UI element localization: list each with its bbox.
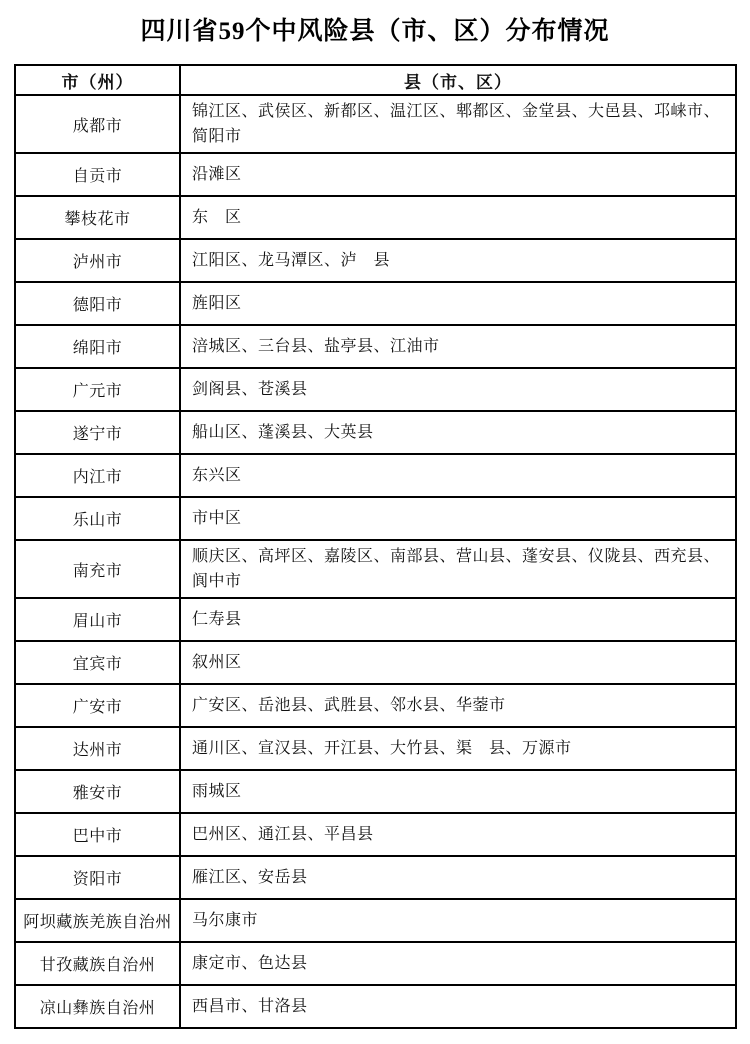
table-row: 南充市顺庆区、高坪区、嘉陵区、南部县、营山县、蓬安县、仪陇县、西充县、阆中市 [15, 540, 736, 598]
city-cell: 成都市 [15, 95, 180, 153]
city-cell: 内江市 [15, 454, 180, 497]
county-cell: 雨城区 [180, 770, 736, 813]
county-cell: 康定市、色达县 [180, 942, 736, 985]
table-row: 遂宁市船山区、蓬溪县、大英县 [15, 411, 736, 454]
table-row: 凉山彝族自治州西昌市、甘洛县 [15, 985, 736, 1028]
city-cell: 眉山市 [15, 598, 180, 641]
county-cell: 仁寿县 [180, 598, 736, 641]
city-cell: 阿坝藏族羌族自治州 [15, 899, 180, 942]
city-cell: 南充市 [15, 540, 180, 598]
county-cell: 雁江区、安岳县 [180, 856, 736, 899]
city-cell: 广元市 [15, 368, 180, 411]
table-row: 宜宾市叙州区 [15, 641, 736, 684]
county-cell: 船山区、蓬溪县、大英县 [180, 411, 736, 454]
county-cell: 江阳区、龙马潭区、泸 县 [180, 239, 736, 282]
table-row: 巴中市巴州区、通江县、平昌县 [15, 813, 736, 856]
table-row: 甘孜藏族自治州康定市、色达县 [15, 942, 736, 985]
city-cell: 自贡市 [15, 153, 180, 196]
county-cell: 沿滩区 [180, 153, 736, 196]
county-cell: 市中区 [180, 497, 736, 540]
city-cell: 德阳市 [15, 282, 180, 325]
column-header-county: 县（市、区） [180, 65, 736, 95]
table-row: 资阳市雁江区、安岳县 [15, 856, 736, 899]
table-row: 眉山市仁寿县 [15, 598, 736, 641]
city-cell: 凉山彝族自治州 [15, 985, 180, 1028]
column-header-city: 市（州） [15, 65, 180, 95]
table-row: 成都市锦江区、武侯区、新都区、温江区、郫都区、金堂县、大邑县、邛崃市、简阳市 [15, 95, 736, 153]
county-cell: 巴州区、通江县、平昌县 [180, 813, 736, 856]
table-row: 雅安市雨城区 [15, 770, 736, 813]
table-header-row: 市（州） 县（市、区） [15, 65, 736, 95]
table-row: 达州市通川区、宣汉县、开江县、大竹县、渠 县、万源市 [15, 727, 736, 770]
city-cell: 绵阳市 [15, 325, 180, 368]
county-cell: 旌阳区 [180, 282, 736, 325]
city-cell: 雅安市 [15, 770, 180, 813]
county-cell: 通川区、宣汉县、开江县、大竹县、渠 县、万源市 [180, 727, 736, 770]
document-page: 四川省59个中风险县（市、区）分布情况 市（州） 县（市、区） 成都市锦江区、武… [0, 0, 750, 1044]
county-cell: 马尔康市 [180, 899, 736, 942]
city-cell: 资阳市 [15, 856, 180, 899]
city-cell: 乐山市 [15, 497, 180, 540]
county-cell: 西昌市、甘洛县 [180, 985, 736, 1028]
county-cell: 东 区 [180, 196, 736, 239]
county-cell: 剑阁县、苍溪县 [180, 368, 736, 411]
table-row: 广元市剑阁县、苍溪县 [15, 368, 736, 411]
table-row: 乐山市市中区 [15, 497, 736, 540]
table-row: 攀枝花市东 区 [15, 196, 736, 239]
county-cell: 顺庆区、高坪区、嘉陵区、南部县、营山县、蓬安县、仪陇县、西充县、阆中市 [180, 540, 736, 598]
table-row: 泸州市江阳区、龙马潭区、泸 县 [15, 239, 736, 282]
table-row: 阿坝藏族羌族自治州马尔康市 [15, 899, 736, 942]
city-cell: 甘孜藏族自治州 [15, 942, 180, 985]
table-row: 德阳市旌阳区 [15, 282, 736, 325]
table-row: 绵阳市涪城区、三台县、盐亭县、江油市 [15, 325, 736, 368]
county-cell: 锦江区、武侯区、新都区、温江区、郫都区、金堂县、大邑县、邛崃市、简阳市 [180, 95, 736, 153]
county-cell: 广安区、岳池县、武胜县、邻水县、华蓥市 [180, 684, 736, 727]
city-cell: 宜宾市 [15, 641, 180, 684]
city-cell: 达州市 [15, 727, 180, 770]
risk-distribution-table: 市（州） 县（市、区） 成都市锦江区、武侯区、新都区、温江区、郫都区、金堂县、大… [14, 64, 737, 1029]
city-cell: 巴中市 [15, 813, 180, 856]
county-cell: 叙州区 [180, 641, 736, 684]
table-row: 广安市广安区、岳池县、武胜县、邻水县、华蓥市 [15, 684, 736, 727]
page-title: 四川省59个中风险县（市、区）分布情况 [0, 0, 750, 47]
table-row: 内江市东兴区 [15, 454, 736, 497]
county-cell: 东兴区 [180, 454, 736, 497]
table-row: 自贡市沿滩区 [15, 153, 736, 196]
city-cell: 遂宁市 [15, 411, 180, 454]
city-cell: 广安市 [15, 684, 180, 727]
county-cell: 涪城区、三台县、盐亭县、江油市 [180, 325, 736, 368]
city-cell: 攀枝花市 [15, 196, 180, 239]
city-cell: 泸州市 [15, 239, 180, 282]
